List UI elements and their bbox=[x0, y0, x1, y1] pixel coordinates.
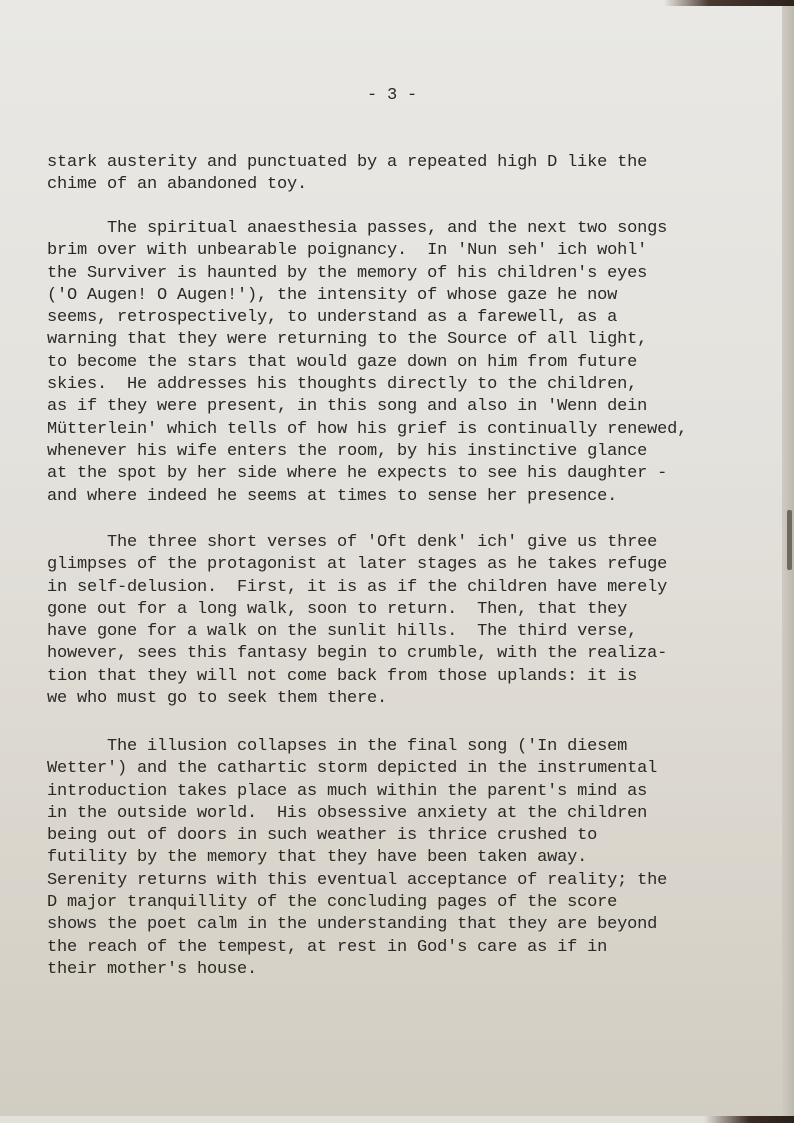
text-line: Serenity returns with this eventual acce… bbox=[47, 870, 667, 892]
text-line: in self-delusion. First, it is as if the… bbox=[47, 577, 667, 599]
text-line: glimpses of the protagonist at later sta… bbox=[47, 554, 667, 576]
text-line: whenever his wife enters the room, by hi… bbox=[47, 441, 687, 463]
text-line: the reach of the tempest, at rest in God… bbox=[47, 937, 667, 959]
text-line: tion that they will not come back from t… bbox=[47, 666, 667, 688]
text-line: seems, retrospectively, to understand as… bbox=[47, 307, 687, 329]
text-line: their mother's house. bbox=[47, 959, 667, 981]
paragraph-oft-denk-ich: The three short verses of 'Oft denk' ich… bbox=[47, 532, 667, 710]
text-line: however, sees this fantasy begin to crum… bbox=[47, 643, 667, 665]
text-line: as if they were present, in this song an… bbox=[47, 396, 687, 418]
text-line: skies. He addresses his thoughts directl… bbox=[47, 374, 687, 396]
text-line: D major tranquillity of the concluding p… bbox=[47, 892, 667, 914]
text-line: ('O Augen! O Augen!'), the intensity of … bbox=[47, 285, 687, 307]
page-bottom-shadow bbox=[704, 1116, 794, 1123]
text-line: and where indeed he seems at times to se… bbox=[47, 486, 687, 508]
text-line: have gone for a walk on the sunlit hills… bbox=[47, 621, 667, 643]
text-line: shows the poet calm in the understanding… bbox=[47, 914, 667, 936]
text-line: in the outside world. His obsessive anxi… bbox=[47, 803, 667, 825]
text-line: gone out for a long walk, soon to return… bbox=[47, 599, 667, 621]
paragraph-continuation: stark austerity and punctuated by a repe… bbox=[47, 152, 647, 197]
text-line: chime of an abandoned toy. bbox=[47, 174, 647, 196]
text-line: to become the stars that would gaze down… bbox=[47, 352, 687, 374]
text-line: Wetter') and the cathartic storm depicte… bbox=[47, 758, 667, 780]
text-line: The three short verses of 'Oft denk' ich… bbox=[47, 532, 667, 554]
text-line: at the spot by her side where he expects… bbox=[47, 463, 687, 485]
text-line: Mütterlein' which tells of how his grief… bbox=[47, 419, 687, 441]
text-line: brim over with unbearable poignancy. In … bbox=[47, 240, 687, 262]
page-number: - 3 - bbox=[47, 86, 737, 105]
paragraph-spiritual-anaesthesia: The spiritual anaesthesia passes, and th… bbox=[47, 218, 687, 508]
text-line: being out of doors in such weather is th… bbox=[47, 825, 667, 847]
text-line: we who must go to seek them there. bbox=[47, 688, 667, 710]
text-line: introduction takes place as much within … bbox=[47, 781, 667, 803]
text-line: The illusion collapses in the final song… bbox=[47, 736, 667, 758]
paragraph-in-diesem-wetter: The illusion collapses in the final song… bbox=[47, 736, 667, 981]
text-line: The spiritual anaesthesia passes, and th… bbox=[47, 218, 687, 240]
binding-mark bbox=[787, 510, 792, 570]
text-line: stark austerity and punctuated by a repe… bbox=[47, 152, 647, 174]
text-line: the Surviver is haunted by the memory of… bbox=[47, 263, 687, 285]
text-line: futility by the memory that they have be… bbox=[47, 847, 667, 869]
text-line: warning that they were returning to the … bbox=[47, 329, 687, 351]
page-top-shadow bbox=[664, 0, 794, 6]
